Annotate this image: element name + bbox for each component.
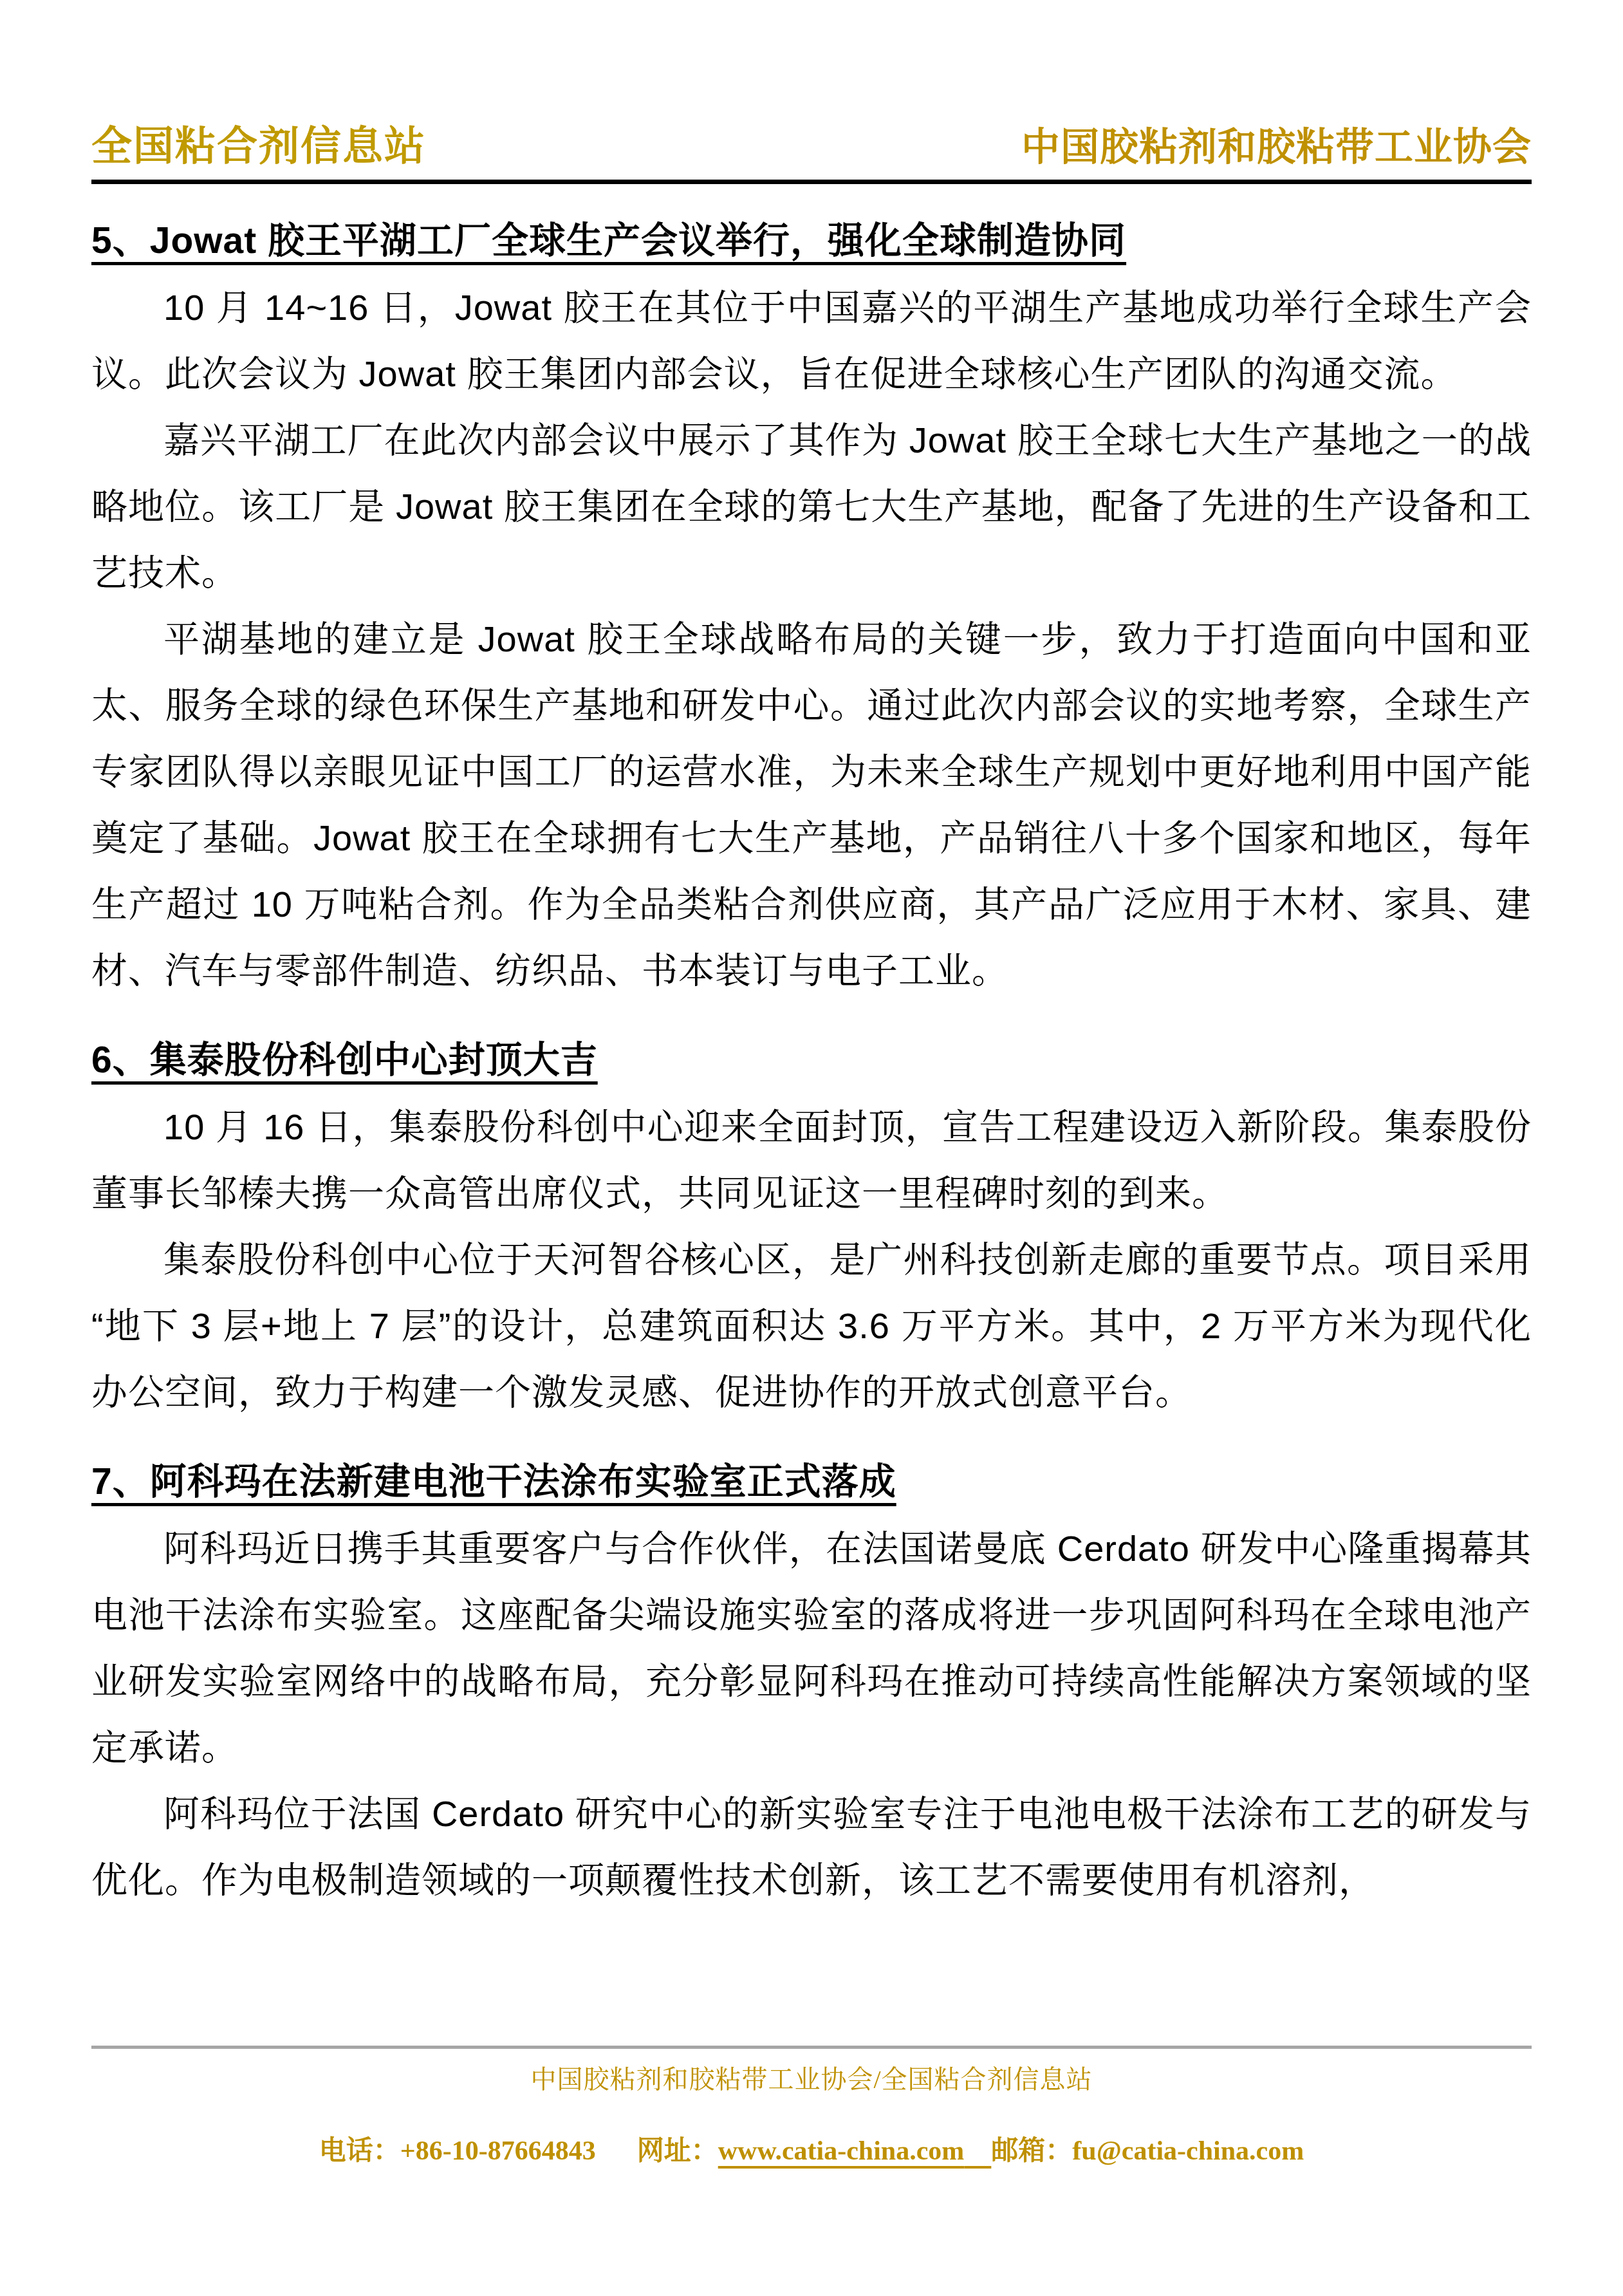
footer-website-link[interactable]: www.catia-china.com — [718, 2136, 965, 2166]
page-header: 全国粘合剂信息站 中国胶粘剂和胶粘带工业协会 — [91, 113, 1532, 184]
footer-website-link-underline-tail — [964, 2136, 991, 2166]
section-5-paragraph: 嘉兴平湖工厂在此次内部会议中展示了其作为 Jowat 胶王全球七大生产基地之一的… — [91, 407, 1532, 606]
section-6: 6、集泰股份科创中心封顶大吉 10 月 16 日，集泰股份科创中心迎来全面封顶，… — [91, 1037, 1532, 1425]
footer-contact-line: 电话：+86-10-87664843网址：www.catia-china.com… — [91, 2129, 1532, 2168]
footer-phone: 电话：+86-10-87664843 — [319, 2136, 596, 2166]
footer-email-label: 邮箱： — [991, 2136, 1072, 2166]
section-7-title: 7、阿科玛在法新建电池干法涂布实验室正式落成 — [91, 1459, 1532, 1505]
section-6-paragraph: 集泰股份科创中心位于天河智谷核心区，是广州科技创新走廊的重要节点。项目采用“地下… — [91, 1226, 1532, 1425]
footer-phone-label: 电话： — [319, 2136, 400, 2166]
footer-web-label: 网址： — [637, 2136, 718, 2166]
section-5-paragraph: 10 月 14~16 日，Jowat 胶王在其位于中国嘉兴的平湖生产基地成功举行… — [91, 274, 1532, 407]
page-footer: 中国胶粘剂和胶粘带工业协会/全国粘合剂信息站 电话：+86-10-8766484… — [91, 2046, 1532, 2168]
section-5-title: 5、Jowat 胶王平湖工厂全球生产会议举行，强化全球制造协同 — [91, 218, 1532, 264]
section-6-title: 6、集泰股份科创中心封顶大吉 — [91, 1037, 1532, 1083]
header-left-title: 全国粘合剂信息站 — [91, 113, 426, 172]
footer-email-address: fu@catia-china.com — [1072, 2136, 1304, 2166]
section-7: 7、阿科玛在法新建电池干法涂布实验室正式落成 阿科玛近日携手其重要客户与合作伙伴… — [91, 1459, 1532, 1913]
footer-organization-line: 中国胶粘剂和胶粘带工业协会/全国粘合剂信息站 — [91, 2059, 1532, 2096]
section-5: 5、Jowat 胶王平湖工厂全球生产会议举行，强化全球制造协同 10 月 14~… — [91, 218, 1532, 1003]
section-5-paragraph: 平湖基地的建立是 Jowat 胶王全球战略布局的关键一步，致力于打造面向中国和亚… — [91, 606, 1532, 1003]
footer-phone-number: +86-10-87664843 — [400, 2136, 596, 2166]
section-7-paragraph: 阿科玛近日携手其重要客户与合作伙伴，在法国诺曼底 Cerdato 研发中心隆重揭… — [91, 1515, 1532, 1780]
footer-website: 网址：www.catia-china.com — [637, 2136, 992, 2166]
footer-email: 邮箱：fu@catia-china.com — [991, 2136, 1304, 2166]
section-7-paragraph: 阿科玛位于法国 Cerdato 研究中心的新实验室专注于电池电极干法涂布工艺的研… — [91, 1780, 1532, 1913]
section-6-paragraph: 10 月 16 日，集泰股份科创中心迎来全面封顶，宣告工程建设迈入新阶段。集泰股… — [91, 1094, 1532, 1226]
header-right-title: 中国胶粘剂和胶粘带工业协会 — [1021, 117, 1532, 172]
page-content: 全国粘合剂信息站 中国胶粘剂和胶粘带工业协会 5、Jowat 胶王平湖工厂全球生… — [91, 0, 1532, 1913]
document-page: { "header": { "left": "全国粘合剂信息站", "right… — [0, 0, 1623, 2296]
